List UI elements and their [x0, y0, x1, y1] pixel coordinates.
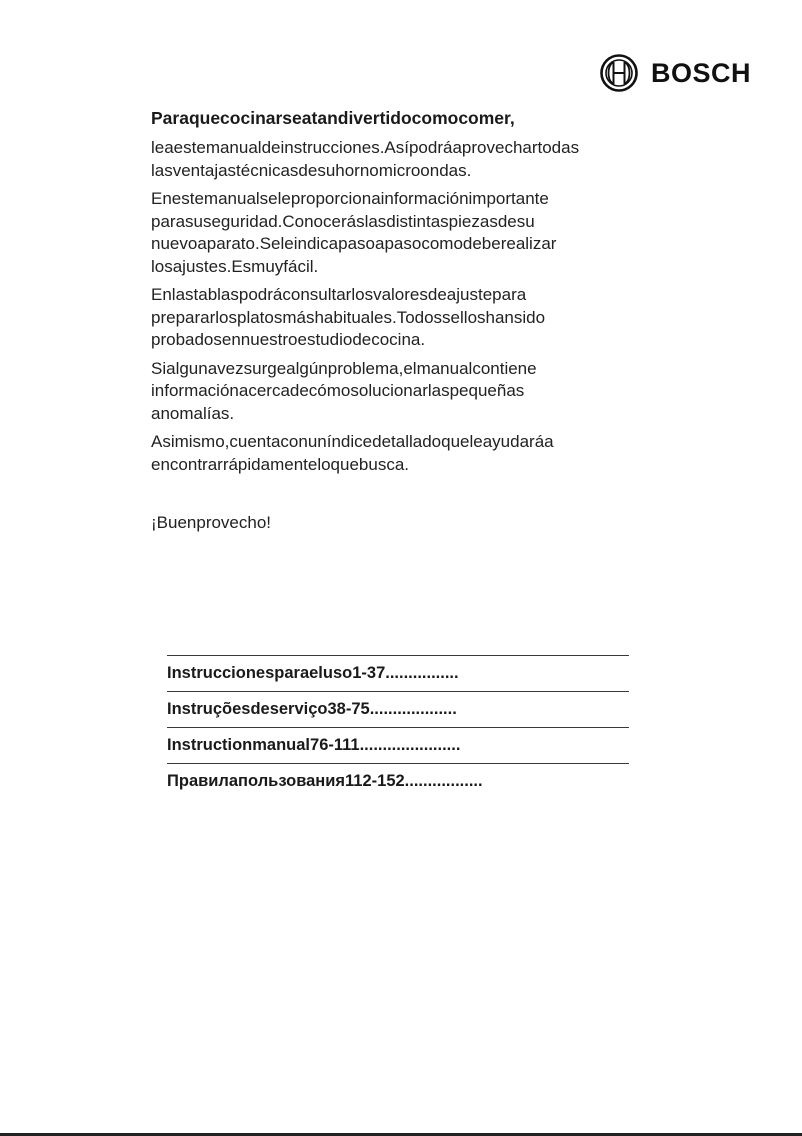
intro-paragraph: Enlastablaspodráconsultarlosvaloresdeaju… [151, 284, 631, 352]
toc-item-label: Instruçõesdeserviço38-75................… [167, 700, 457, 719]
table-of-contents: Instruccionesparaeluso1-37..............… [167, 655, 629, 799]
brand-name: BOSCH [651, 54, 751, 92]
toc-item[interactable]: Instructionmanual76-111.................… [167, 727, 629, 763]
bosch-armature-icon [600, 54, 638, 92]
intro-paragraph: Sialgunavezsurgealgúnproblema,elmanualco… [151, 358, 631, 426]
bosch-logo: BOSCH [600, 54, 751, 92]
intro-paragraph: Enestemanualseleproporcionainformaciónim… [151, 188, 631, 278]
intro-paragraphs: leaestemanualdeinstrucciones.Asípodráapr… [151, 137, 631, 476]
intro-title: Paraquecocinarseatandivertidocomocomer, [151, 107, 631, 129]
toc-item[interactable]: Instruçõesdeserviço38-75................… [167, 691, 629, 727]
toc-item-label: Instructionmanual76-111.................… [167, 736, 460, 755]
intro-paragraph: leaestemanualdeinstrucciones.Asípodráapr… [151, 137, 631, 182]
toc-item[interactable]: Instruccionesparaeluso1-37..............… [167, 655, 629, 691]
closing-text: ¡Buenprovecho! [151, 512, 271, 534]
toc-item-label: Instruccionesparaeluso1-37..............… [167, 664, 459, 683]
toc-item-label: Правилапользования112-152...............… [167, 772, 483, 791]
intro-paragraph: Asimismo,cuentaconuníndicedetalladoquele… [151, 431, 631, 476]
intro-section: Paraquecocinarseatandivertidocomocomer, … [151, 107, 631, 482]
toc-item[interactable]: Правилапользования112-152...............… [167, 763, 629, 799]
